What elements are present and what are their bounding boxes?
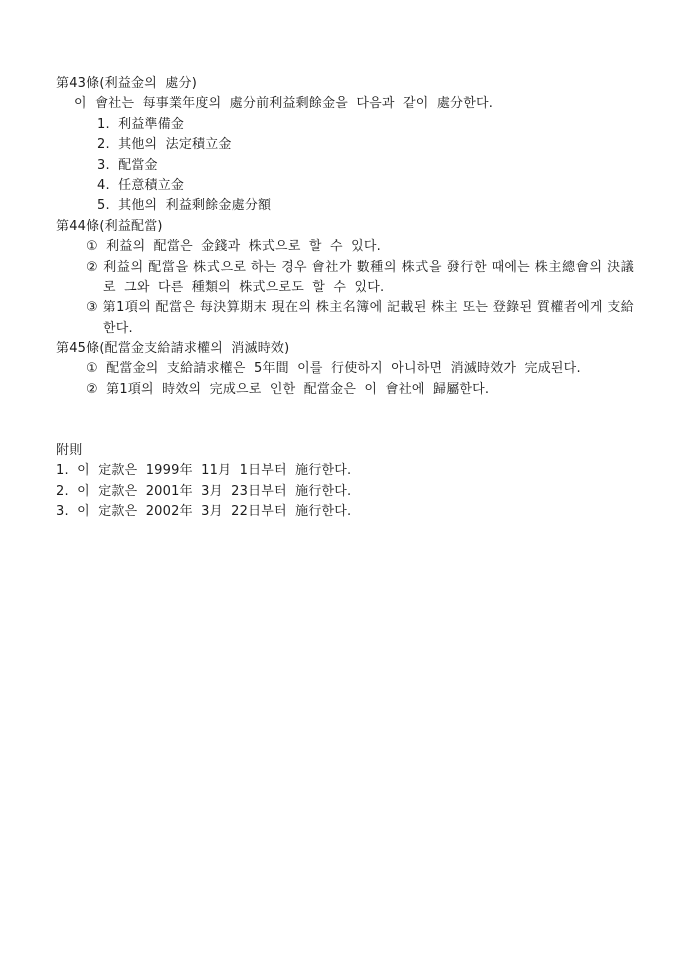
continuation: 한다. bbox=[103, 319, 680, 339]
article-heading: 第44條(利益配當) bbox=[56, 217, 680, 237]
section-heading: 附則 bbox=[56, 441, 680, 461]
clause: ① 利益의 配當은 金錢과 株式으로 할 수 있다. bbox=[86, 237, 680, 257]
numbered-item: 2. 其他의 法定積立金 bbox=[97, 135, 680, 155]
continuation: 로 그와 다른 種類의 株式으로도 할 수 있다. bbox=[103, 278, 680, 298]
addendum-item: 3. 이 定款은 2002年 3月 22日부터 施行한다. bbox=[56, 502, 680, 522]
article-heading: 第45條(配當金支給請求權의 消滅時效) bbox=[56, 339, 680, 359]
paragraph: 이 會社는 每事業年度의 處分前利益剩餘金을 다음과 같이 處分한다. bbox=[74, 94, 680, 114]
document-page: 第43條(利益金의 處分)이 會社는 每事業年度의 處分前利益剩餘金을 다음과 … bbox=[0, 0, 680, 962]
numbered-item: 4. 任意積立金 bbox=[97, 176, 680, 196]
blank-line bbox=[0, 421, 680, 441]
addendum-item: 2. 이 定款은 2001年 3月 23日부터 施行한다. bbox=[56, 482, 680, 502]
numbered-item: 5. 其他의 利益剩餘金處分額 bbox=[97, 196, 680, 216]
clause: ② 第1項의 時效의 完成으로 인한 配當金은 이 會社에 歸屬한다. bbox=[86, 380, 680, 400]
blank-line bbox=[0, 400, 680, 420]
document-body: 第43條(利益金의 處分)이 會社는 每事業年度의 處分前利益剩餘金을 다음과 … bbox=[0, 74, 680, 523]
article-heading: 第43條(利益金의 處分) bbox=[56, 74, 680, 94]
addendum-item: 1. 이 定款은 1999年 11月 1日부터 施行한다. bbox=[56, 461, 680, 481]
clause-justified: ② 利益의 配當을 株式으로 하는 경우 會社가 數種의 株式을 發行한 때에는… bbox=[86, 258, 634, 278]
numbered-item: 3. 配當金 bbox=[97, 156, 680, 176]
numbered-item: 1. 利益準備金 bbox=[97, 115, 680, 135]
clause: ① 配當金의 支給請求權은 5年間 이를 行使하지 아니하면 消滅時效가 完成된… bbox=[86, 359, 680, 379]
clause-justified: ③ 第1項의 配當은 每決算期末 現在의 株主名簿에 記載된 株主 또는 登錄된… bbox=[86, 298, 634, 318]
